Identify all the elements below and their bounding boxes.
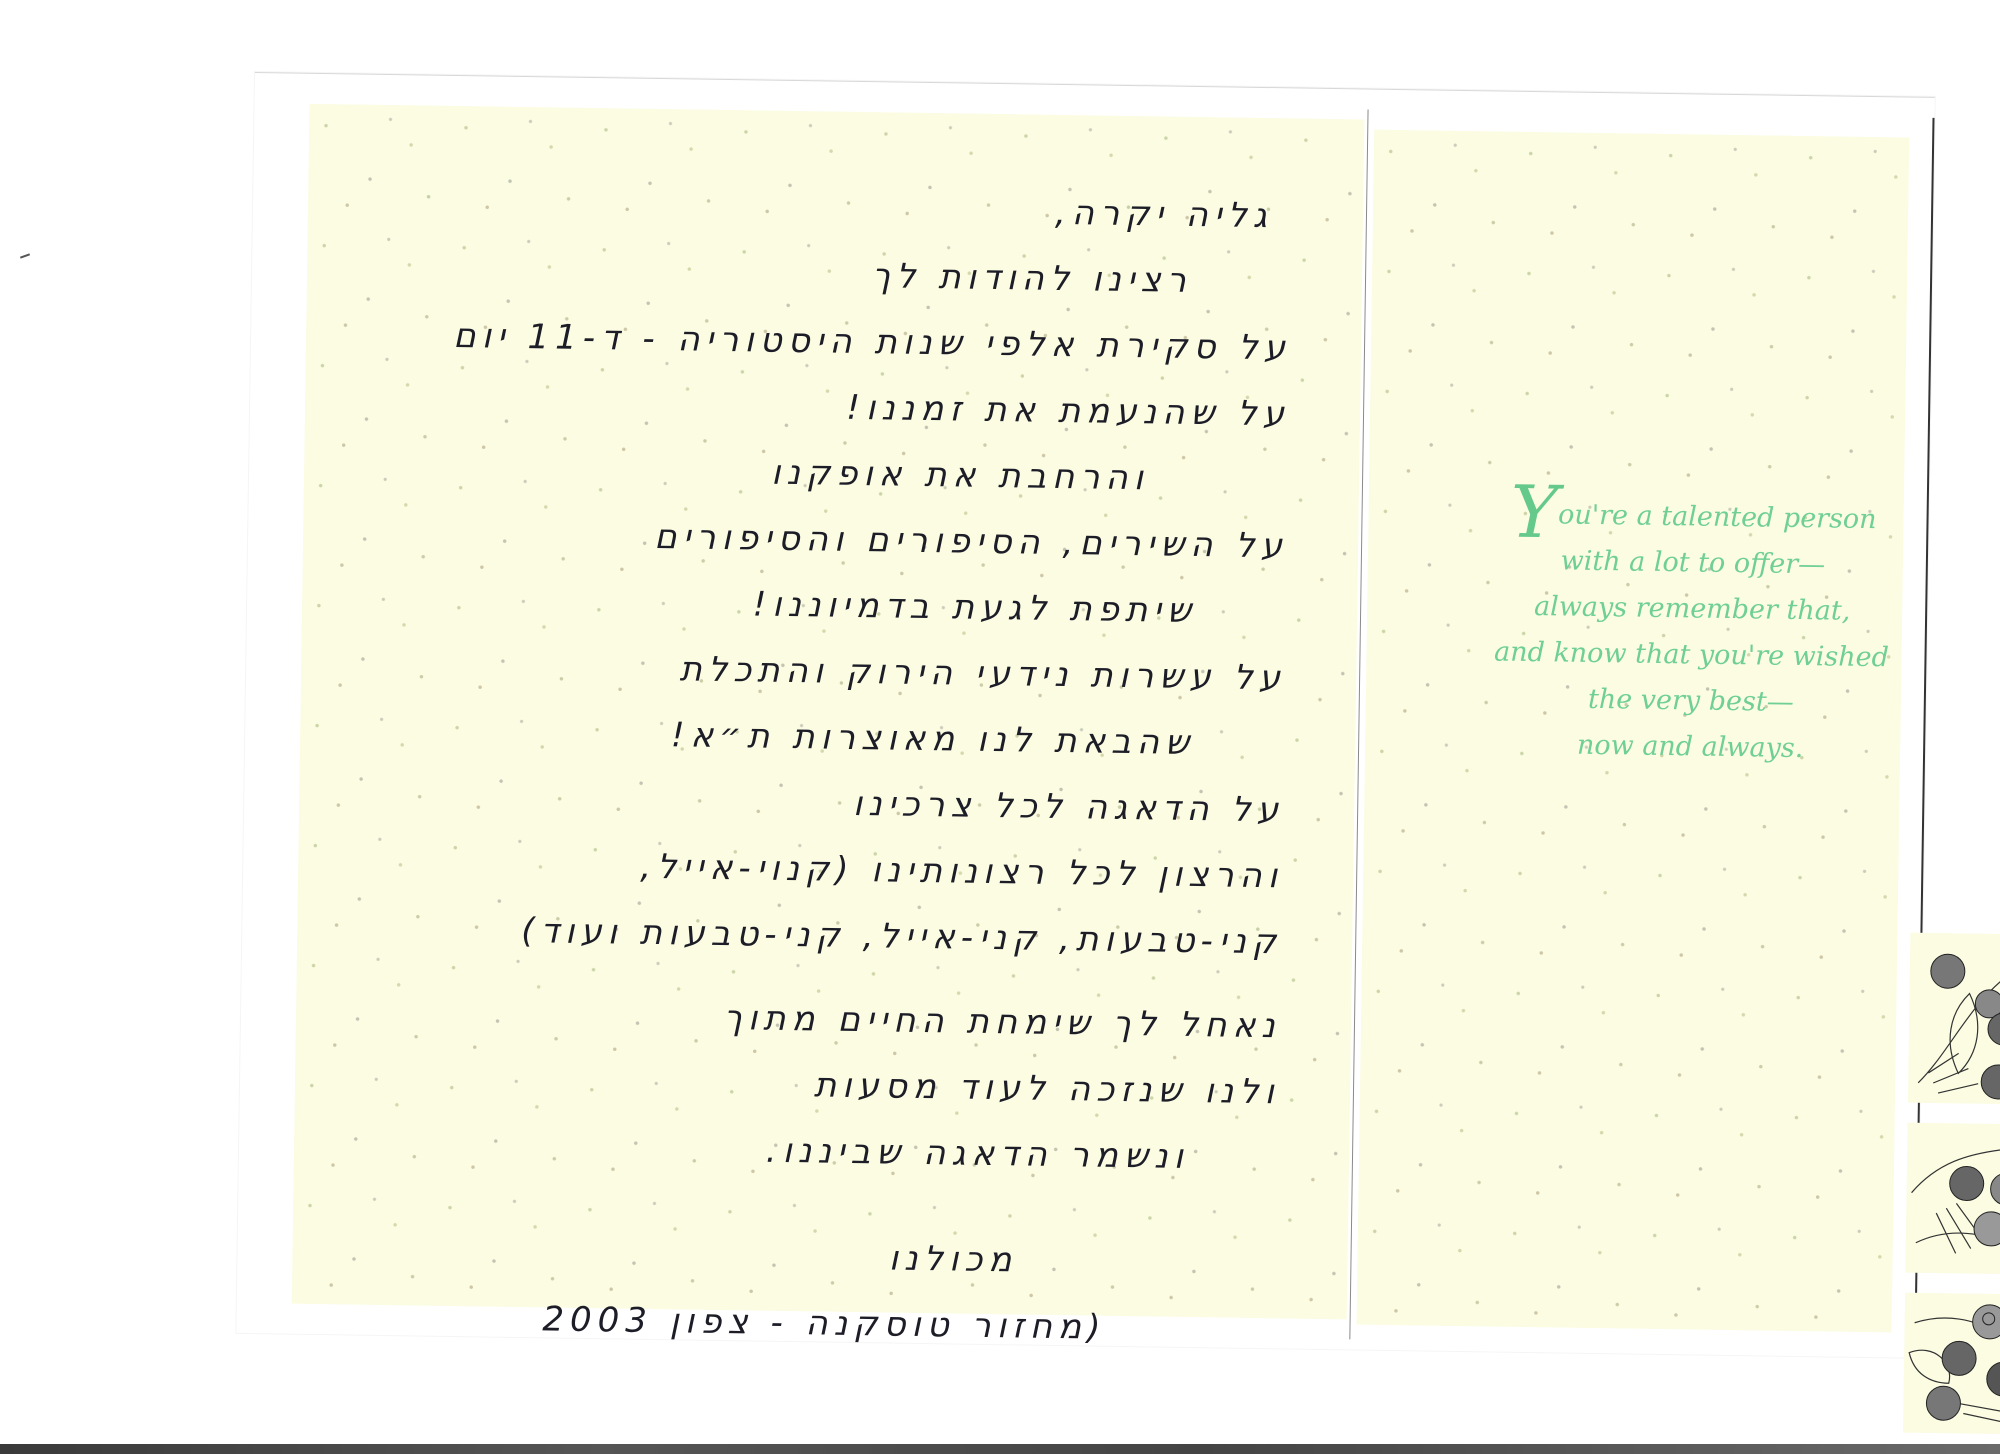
verse-line: You're a talented person (1463, 491, 1924, 544)
printed-verse: You're a talented person with a lot to o… (1460, 491, 1924, 774)
scan-speck (20, 253, 30, 258)
verse-line: the very best— (1461, 675, 1922, 728)
berry-illustration-3-icon (1903, 1293, 2000, 1436)
scanner-edge-bar (0, 1444, 2000, 1454)
note-signature-group: (מחזור טוסקנה - צפון 2003 (296, 1283, 1107, 1361)
berry-illustration-1-icon (1908, 933, 2000, 1106)
card-right-panel: You're a talented person with a lot to o… (1357, 130, 1910, 1333)
verse-line: and know that you're wished (1461, 629, 1922, 682)
verse-initial: Y (1510, 470, 1559, 555)
berry-illustration-2-icon (1905, 1123, 2000, 1276)
note-line: והרחבת את אופקנו (309, 433, 1150, 511)
note-line: ונשמר הדאגה שביננו. (299, 1111, 1190, 1190)
verse-line: always remember that, (1462, 583, 1923, 636)
verse-line: now and always. (1460, 721, 1921, 774)
note-signature: מכולנו (297, 1217, 1018, 1294)
card-left-panel: גליה יקרה, רצינו להודות לך על סקירת אלפי… (292, 104, 1365, 1320)
handwritten-note: גליה יקרה, רצינו להודות לך על סקירת אלפי… (296, 169, 1293, 1363)
note-line: קני-טבעות, קני-אייל, קני-טבעות ועוד) (302, 895, 1283, 976)
greeting-card: גליה יקרה, רצינו להודות לך על סקירת אלפי… (236, 72, 1935, 1358)
